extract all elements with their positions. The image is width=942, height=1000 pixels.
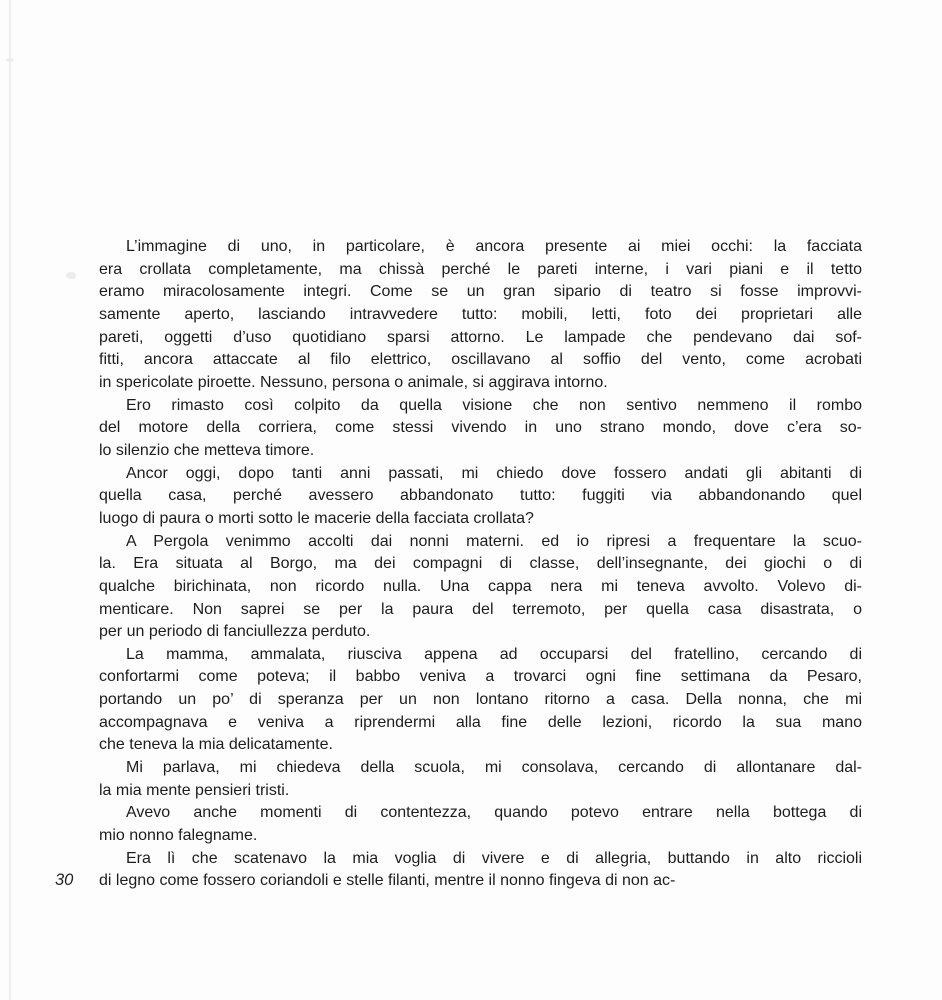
text-line: Ero rimasto così colpito da quella visio… xyxy=(99,395,862,418)
text-line: La mamma, ammalata, riusciva appena ad o… xyxy=(99,644,862,667)
text-line: la mia mente pensieri tristi. xyxy=(99,780,862,803)
text-line: fitti, ancora attaccate al filo elettric… xyxy=(99,349,862,372)
text-line: qualche birichinata, non ricordo nulla. … xyxy=(99,576,862,599)
text-line: in spericolate piroette. Nessuno, person… xyxy=(99,372,862,395)
scan-artifact-speck xyxy=(6,58,14,62)
scanned-page: L’immagine di uno, in particolare, è anc… xyxy=(0,0,942,1000)
text-line: confortarmi come poteva; il babbo veniva… xyxy=(99,666,862,689)
paragraph: A Pergola venimmo accolti dai nonni mate… xyxy=(99,531,862,644)
page-text: L’immagine di uno, in particolare, è anc… xyxy=(99,236,862,893)
text-line: del motore della corriera, come stessi v… xyxy=(99,417,862,440)
text-line: L’immagine di uno, in particolare, è anc… xyxy=(99,236,862,259)
text-line: eramo miracolosamente integri. Come se u… xyxy=(99,281,862,304)
paragraph: Avevo anche momenti di contentezza, quan… xyxy=(99,802,862,847)
text-line: Avevo anche momenti di contentezza, quan… xyxy=(99,802,862,825)
text-line: mio nonno falegname. xyxy=(99,825,862,848)
scan-artifact-speck xyxy=(66,272,76,279)
paragraph: Era lì che scatenavo la mia voglia di vi… xyxy=(99,848,862,893)
text-line: menticare. Non saprei se per la paura de… xyxy=(99,599,862,622)
paragraph: La mamma, ammalata, riusciva appena ad o… xyxy=(99,644,862,757)
text-line: che teneva la mia delicatamente. xyxy=(99,734,862,757)
text-line: pareti, oggetti d’uso quotidiano sparsi … xyxy=(99,327,862,350)
paragraph: Ancor oggi, dopo tanti anni passati, mi … xyxy=(99,463,862,531)
text-line: Mi parlava, mi chiedeva della scuola, mi… xyxy=(99,757,862,780)
scan-artifact-line xyxy=(9,0,11,1000)
paragraph: Mi parlava, mi chiedeva della scuola, mi… xyxy=(99,757,862,802)
text-line: accompagnava e veniva a riprendermi alla… xyxy=(99,712,862,735)
text-line: luogo di paura o morti sotto le macerie … xyxy=(99,508,862,531)
paragraph: L’immagine di uno, in particolare, è anc… xyxy=(99,236,862,395)
text-line: Era lì che scatenavo la mia voglia di vi… xyxy=(99,848,862,871)
paragraph: Ero rimasto così colpito da quella visio… xyxy=(99,395,862,463)
text-line: quella casa, perché avessero abbandonato… xyxy=(99,485,862,508)
text-line: portando un po’ di speranza per un non l… xyxy=(99,689,862,712)
text-line: samente aperto, lasciando intravvedere t… xyxy=(99,304,862,327)
text-line: A Pergola venimmo accolti dai nonni mate… xyxy=(99,531,862,554)
page-number: 30 xyxy=(55,871,73,890)
text-line: la. Era situata al Borgo, ma dei compagn… xyxy=(99,553,862,576)
text-line: era crollata completamente, ma chissà pe… xyxy=(99,259,862,282)
text-line: Ancor oggi, dopo tanti anni passati, mi … xyxy=(99,463,862,486)
text-line: lo silenzio che metteva timore. xyxy=(99,440,862,463)
text-line: per un periodo di fanciullezza perduto. xyxy=(99,621,862,644)
text-line: di legno come fossero coriandoli e stell… xyxy=(99,870,862,893)
